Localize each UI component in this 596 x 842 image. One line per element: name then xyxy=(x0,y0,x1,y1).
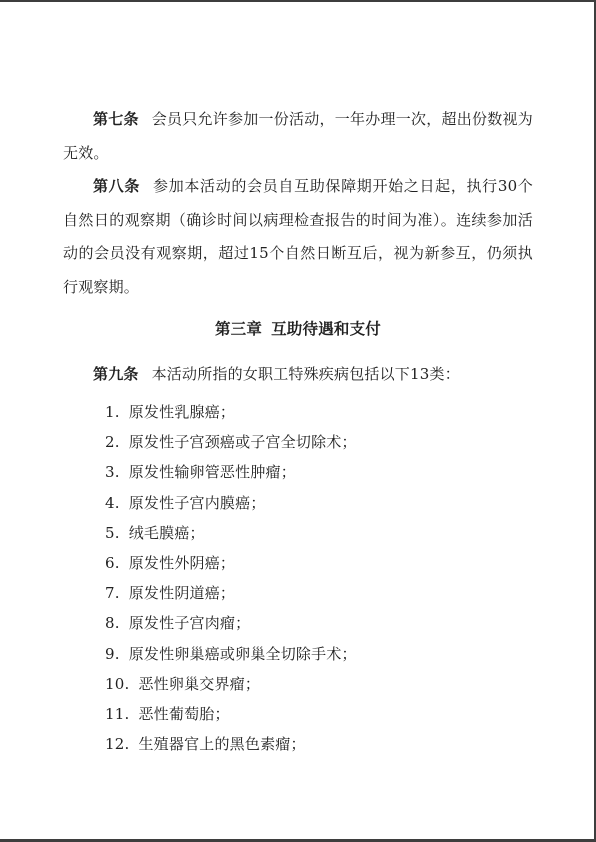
list-item-text: 原发性乳腺癌； xyxy=(129,403,235,421)
list-item: 8.原发性子宫肉瘤； xyxy=(63,608,533,638)
chapter-3-heading: 第三章互助待遇和支付 xyxy=(63,312,533,346)
list-item-number: 1. xyxy=(105,397,120,427)
list-item-text: 生殖器官上的黑色素瘤； xyxy=(138,735,305,753)
list-item: 7.原发性阴道癌； xyxy=(63,578,533,608)
list-item: 12.生殖器官上的黑色素瘤； xyxy=(63,729,533,759)
list-item-text: 原发性子宫内膜癌； xyxy=(129,494,266,512)
list-item: 6.原发性外阴癌； xyxy=(63,548,533,578)
article-9-text: 本活动所指的女职工特殊疾病包括以下13类： xyxy=(152,365,460,383)
article-9-paragraph: 第九条本活动所指的女职工特殊疾病包括以下13类： xyxy=(63,358,533,392)
list-item: 1.原发性乳腺癌； xyxy=(63,397,533,427)
list-item: 3.原发性输卵管恶性肿瘤； xyxy=(63,457,533,487)
document-page: 第七条会员只允许参加一份活动，一年办理一次，超出份数视为无效。 第八条参加本活动… xyxy=(0,0,596,842)
list-item-number: 8. xyxy=(105,608,120,638)
article-9-label: 第九条 xyxy=(93,365,139,383)
list-item-text: 原发性阴道癌； xyxy=(129,584,235,602)
list-item-number: 11. xyxy=(105,699,129,729)
list-item-text: 恶性葡萄胎； xyxy=(138,705,229,723)
list-item: 2.原发性子宫颈癌或子宫全切除术； xyxy=(63,427,533,457)
article-7-paragraph: 第七条会员只允许参加一份活动，一年办理一次，超出份数视为无效。 xyxy=(63,103,533,170)
list-item-number: 2. xyxy=(105,427,120,457)
list-item: 9.原发性卵巢癌或卵巢全切除手术； xyxy=(63,639,533,669)
article-8-label: 第八条 xyxy=(93,177,140,195)
list-item-number: 12. xyxy=(105,729,129,759)
list-item-text: 恶性卵巢交界瘤； xyxy=(138,675,260,693)
list-item-number: 5. xyxy=(105,518,120,548)
list-item: 11.恶性葡萄胎； xyxy=(63,699,533,729)
disease-list: 1.原发性乳腺癌； 2.原发性子宫颈癌或子宫全切除术； 3.原发性输卵管恶性肿瘤… xyxy=(63,397,533,759)
list-item-number: 6. xyxy=(105,548,120,578)
list-item-text: 绒毛膜癌； xyxy=(129,524,205,542)
list-item-number: 10. xyxy=(105,669,129,699)
list-item-text: 原发性外阴癌； xyxy=(129,554,235,572)
list-item: 4.原发性子宫内膜癌； xyxy=(63,488,533,518)
article-7-label: 第七条 xyxy=(93,110,139,128)
list-item: 10.恶性卵巢交界瘤； xyxy=(63,669,533,699)
chapter-title: 互助待遇和支付 xyxy=(271,319,381,338)
list-item-number: 3. xyxy=(105,457,120,487)
page-content: 第七条会员只允许参加一份活动，一年办理一次，超出份数视为无效。 第八条参加本活动… xyxy=(0,2,594,759)
list-item: 5.绒毛膜癌； xyxy=(63,518,533,548)
list-item-text: 原发性子宫颈癌或子宫全切除术； xyxy=(129,433,357,451)
list-item-text: 原发性子宫肉瘤； xyxy=(129,614,251,632)
list-item-text: 原发性输卵管恶性肿瘤； xyxy=(129,463,296,481)
list-item-number: 4. xyxy=(105,488,120,518)
list-item-text: 原发性卵巢癌或卵巢全切除手术； xyxy=(129,645,357,663)
list-item-number: 9. xyxy=(105,639,120,669)
list-item-number: 7. xyxy=(105,578,120,608)
article-8-paragraph: 第八条参加本活动的会员自互助保障期开始之日起，执行30个自然日的观察期（确诊时间… xyxy=(63,170,533,304)
chapter-number: 第三章 xyxy=(215,319,262,338)
